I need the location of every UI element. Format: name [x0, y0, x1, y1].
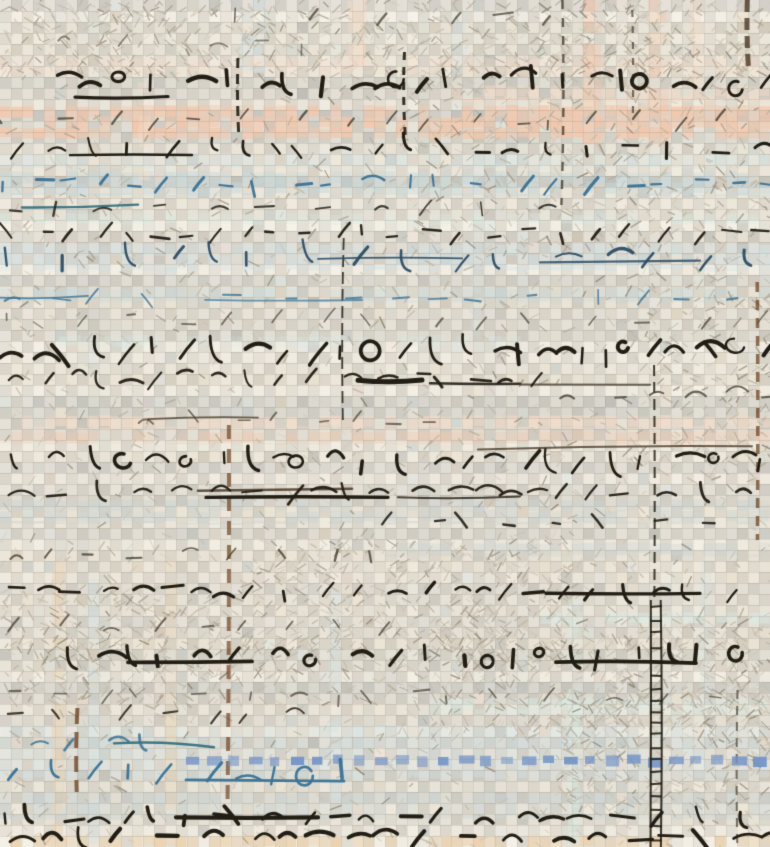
- artwork-frame: [0, 0, 770, 847]
- artwork-canvas: [0, 0, 770, 847]
